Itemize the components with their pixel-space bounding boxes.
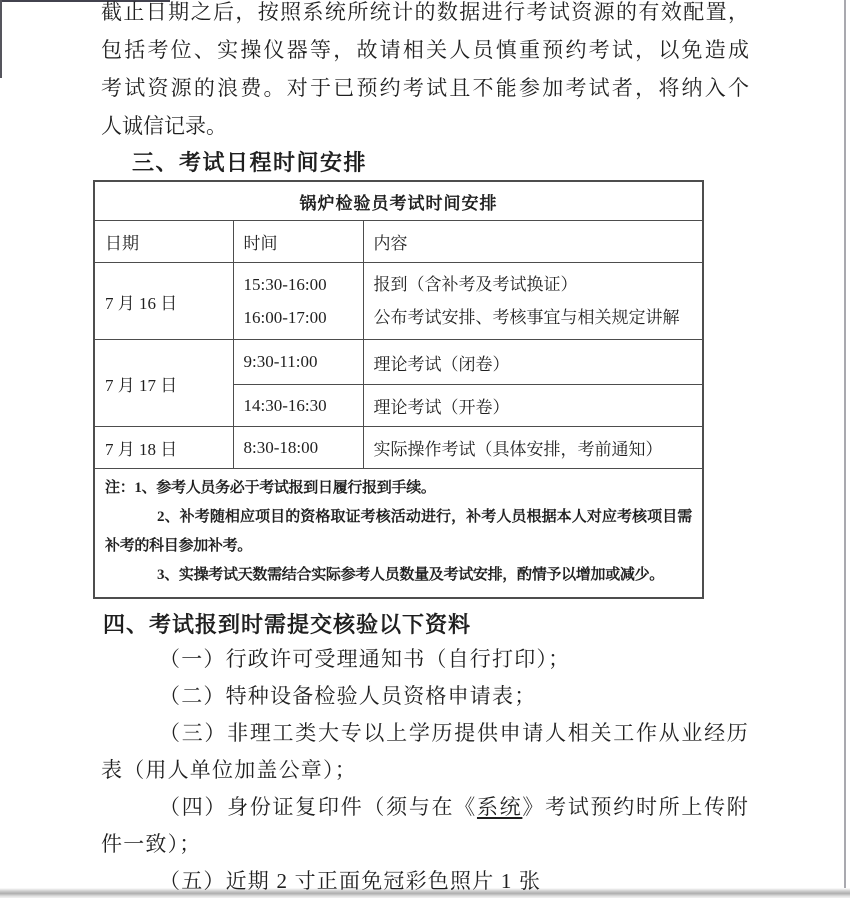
date-cell: 7 月 18 日 bbox=[94, 427, 233, 469]
note-2: 2、补考随相应项目的资格取证考核活动进行，补考人员根据本人对应考核项目需补考的科… bbox=[105, 503, 692, 561]
content-cell: 理论考试（开卷） bbox=[363, 385, 703, 427]
table-title: 锅炉检验员考试时间安排 bbox=[94, 181, 703, 221]
intro-line-2: 包括考位、实操仪器等，故请相关人员慎重预约考试，以免造成 bbox=[101, 31, 749, 69]
table-title-row: 锅炉检验员考试时间安排 bbox=[94, 181, 703, 221]
time-cell: 14:30-16:30 bbox=[233, 385, 363, 427]
intro-line-1: 截止日期之后，按照系统所统计的数据进行考试资源的有效配置， bbox=[101, 0, 749, 31]
notes-cell: 注：1、参考人员务必于考试报到日履行报到手续。 2、补考随相应项目的资格取证考核… bbox=[94, 469, 703, 599]
table-header-row: 日期 时间 内容 bbox=[94, 221, 703, 263]
list-item-1: （一）行政许可受理通知书（自行打印）； bbox=[101, 641, 749, 678]
table-row-july16: 7 月 16 日 15:30-16:00 16:00-17:00 报到（含补考及… bbox=[94, 263, 703, 340]
time-cell: 8:30-18:00 bbox=[233, 427, 363, 469]
list-item-3: （三）非理工类大专以上学历提供申请人相关工作从业经历表（用人单位加盖公章）； bbox=[101, 715, 749, 789]
col-header-time: 时间 bbox=[233, 221, 363, 263]
time-slot: 15:30-16:00 bbox=[244, 271, 353, 299]
content-cell: 报到（含补考及考试换证） 公布考试安排、考核事宜与相关规定讲解 bbox=[363, 263, 703, 340]
content-item: 公布考试安排、考核事宜与相关规定讲解 bbox=[374, 304, 693, 332]
note-1: 注：1、参考人员务必于考试报到日履行报到手续。 bbox=[105, 474, 692, 503]
content-cell: 理论考试（闭卷） bbox=[363, 340, 703, 385]
list-item-2: （二）特种设备检验人员资格申请表； bbox=[101, 678, 749, 715]
scan-edge-right bbox=[844, 0, 846, 893]
section4-heading: 四、考试报到时需提交核验以下资料 bbox=[103, 608, 471, 639]
date-cell: 7 月 16 日 bbox=[94, 263, 233, 340]
list-item-5: （五）近期 2 寸正面免冠彩色照片 1 张 bbox=[101, 863, 749, 898]
time-cell: 9:30-11:00 bbox=[233, 340, 363, 385]
date-cell: 7 月 17 日 bbox=[94, 340, 233, 427]
list-item-4: （四）身份证复印件（须与在《系统》考试预约时所上传附件一致）； bbox=[101, 789, 749, 863]
exam-schedule-table: 锅炉检验员考试时间安排 日期 时间 内容 7 月 16 日 15:30-16:0… bbox=[93, 180, 704, 599]
col-header-date: 日期 bbox=[94, 221, 233, 263]
table-row-july17-morning: 7 月 17 日 9:30-11:00 理论考试（闭卷） bbox=[94, 340, 703, 385]
intro-paragraph: 截止日期之后，按照系统所统计的数据进行考试资源的有效配置， 包括考位、实操仪器等… bbox=[101, 0, 749, 145]
intro-line-3: 考试资源的浪费。对于已预约考试且不能参加考试者，将纳入个 bbox=[101, 69, 749, 107]
content-item: 报到（含补考及考试换证） bbox=[374, 271, 693, 299]
table-notes-row: 注：1、参考人员务必于考试报到日履行报到手续。 2、补考随相应项目的资格取证考核… bbox=[94, 469, 703, 599]
time-slot: 16:00-17:00 bbox=[244, 304, 353, 332]
section3-heading: 三、考试日程时间安排 bbox=[132, 146, 367, 177]
system-underlined-text: 系统 bbox=[477, 795, 522, 819]
intro-line-4: 人诚信记录。 bbox=[101, 107, 749, 145]
content-cell: 实际操作考试（具体安排，考前通知） bbox=[363, 427, 703, 469]
note-3: 3、实操考试天数需结合实际参考人员数量及考试安排，酌情予以增加或减少。 bbox=[105, 561, 692, 590]
col-header-content: 内容 bbox=[363, 221, 703, 263]
time-cell: 15:30-16:00 16:00-17:00 bbox=[233, 263, 363, 340]
scan-edge-left bbox=[0, 0, 2, 78]
table-row-july18: 7 月 18 日 8:30-18:00 实际操作考试（具体安排，考前通知） bbox=[94, 427, 703, 469]
list-item-4-prefix: （四）身份证复印件（须与在《 bbox=[159, 795, 477, 819]
required-materials-list: （一）行政许可受理通知书（自行打印）； （二）特种设备检验人员资格申请表； （三… bbox=[101, 641, 749, 898]
